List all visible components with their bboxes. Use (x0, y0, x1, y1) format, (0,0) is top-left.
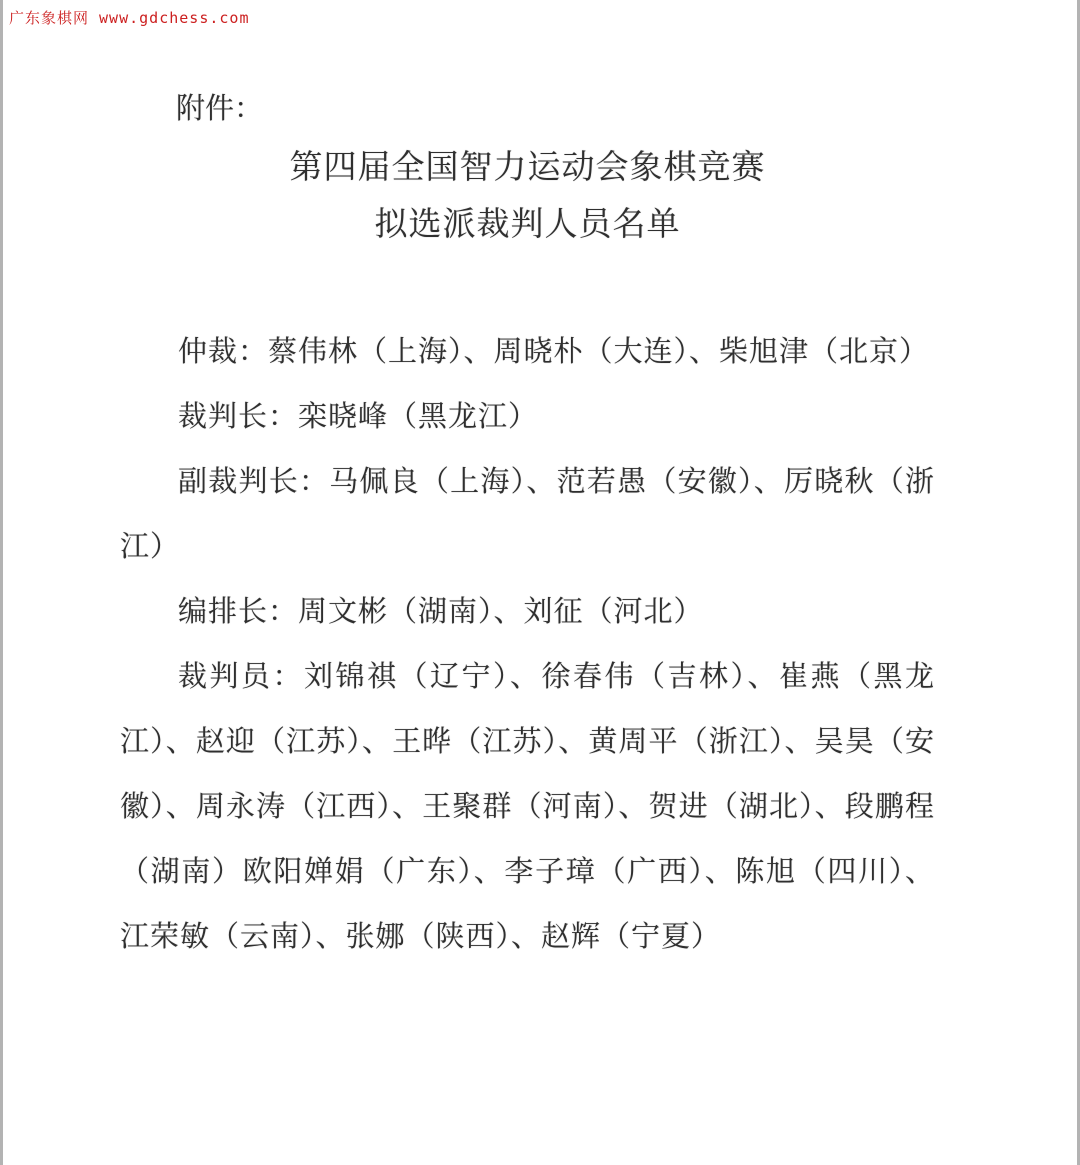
scanned-document-page: 广东象棋网 www.gdchess.com 附件： 第四届全国智力运动会象棋竞赛… (0, 0, 1080, 1165)
paragraph-deputy-chief-referees: 副裁判长：马佩良（上海）、范若愚（安徽）、厉晓秋（浙江） (120, 450, 935, 580)
referee-list: 仲裁：蔡伟林（上海）、周晓朴（大连）、柴旭津（北京） 裁判长：栾晓峰（黑龙江） … (120, 320, 935, 970)
document-title-line-1: 第四届全国智力运动会象棋竞赛 (120, 140, 935, 197)
paragraph-chief-referee: 裁判长：栾晓峰（黑龙江） (120, 385, 935, 450)
paragraph-referees: 裁判员：刘锦祺（辽宁）、徐春伟（吉林）、崔燕（黑龙江）、赵迎（江苏）、王晔（江苏… (120, 645, 935, 970)
document-title-line-2: 拟选派裁判人员名单 (120, 197, 935, 254)
document-content: 附件： 第四届全国智力运动会象棋竞赛 拟选派裁判人员名单 仲裁：蔡伟林（上海）、… (120, 90, 935, 970)
site-watermark: 广东象棋网 www.gdchess.com (9, 7, 250, 28)
paragraph-arbiters: 仲裁：蔡伟林（上海）、周晓朴（大连）、柴旭津（北京） (120, 320, 935, 385)
attachment-label: 附件： (120, 90, 935, 128)
paragraph-chief-arranger: 编排长：周文彬（湖南）、刘征（河北） (120, 580, 935, 645)
